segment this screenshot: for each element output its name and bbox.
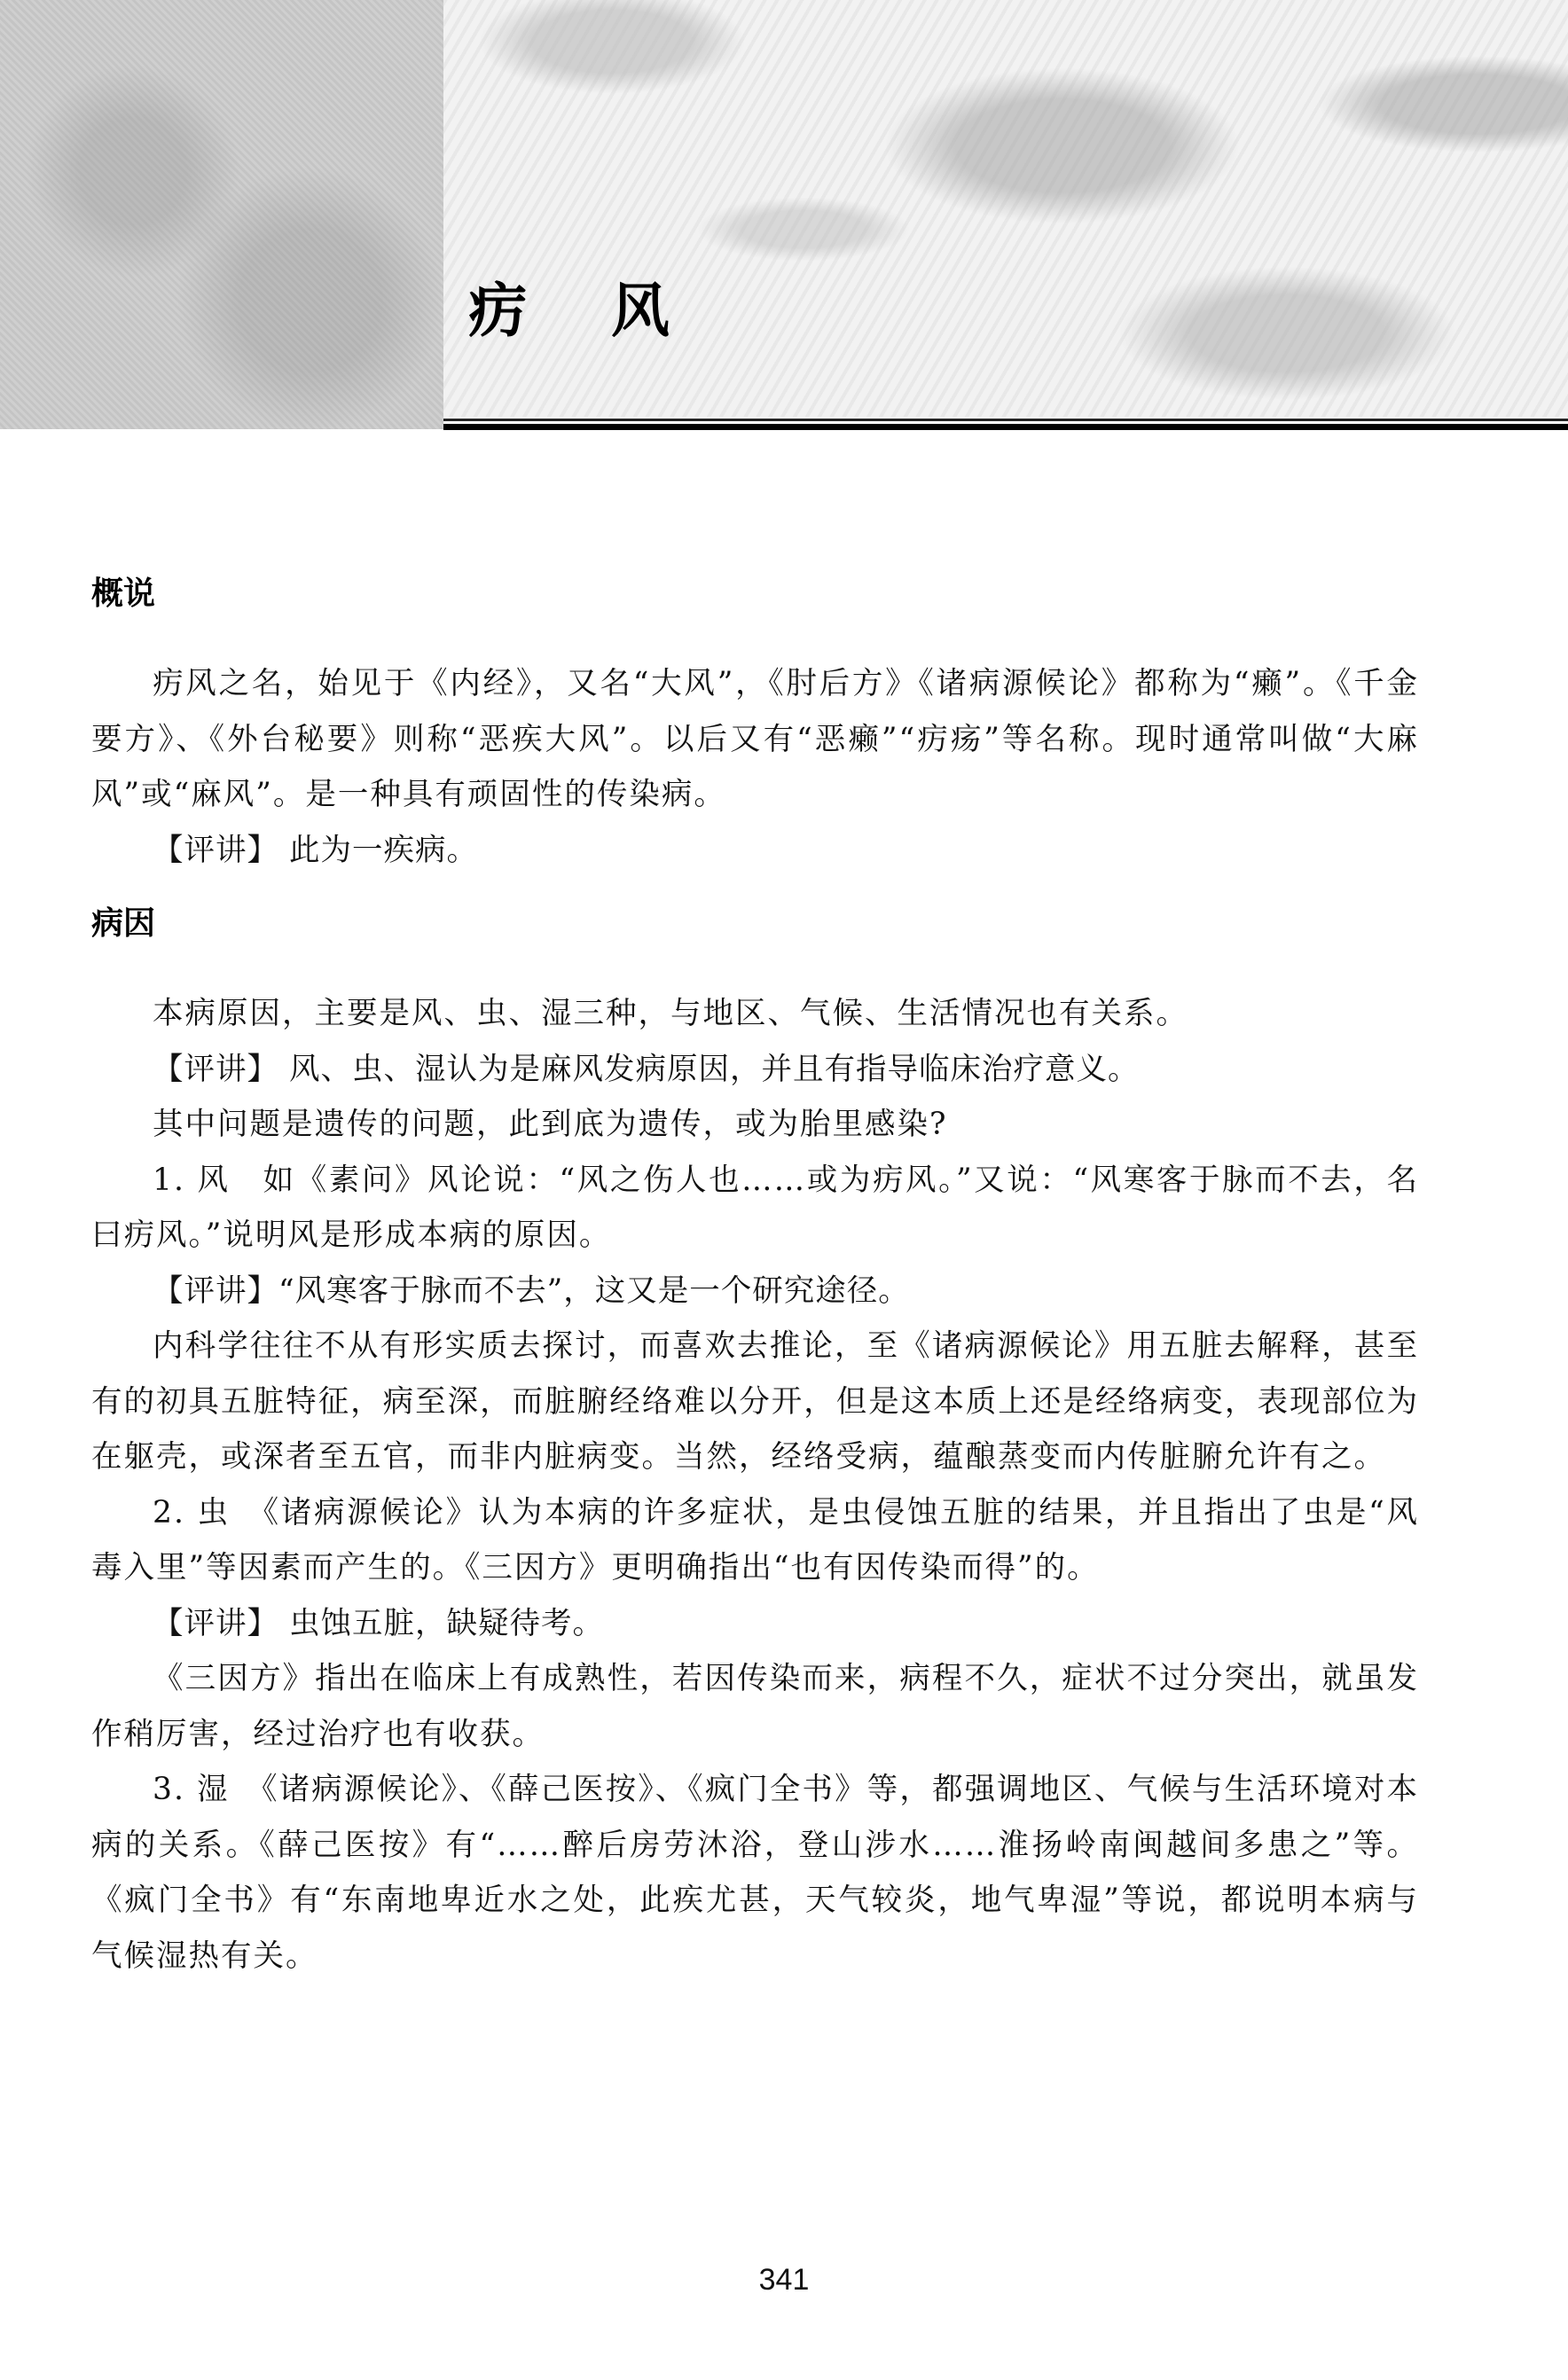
commentary-tag: 【评讲】 [153, 1273, 278, 1309]
commentary-text: 此为一疾病。 [278, 833, 478, 868]
paragraph-worm: 2. 虫 《诸病源候论》认为本病的许多症状，是虫侵蚀五脏的结果，并且指出了虫是“… [91, 1485, 1419, 1596]
header-rule-thick [443, 424, 1568, 430]
commentary-tag: 【评讲】 [153, 1052, 278, 1087]
banner-artwork [443, 0, 1568, 417]
paragraph: 其中问题是遗传的问题，此到底为遗传，或为胎里感染? [91, 1097, 1419, 1153]
page-number: 341 [0, 2263, 1568, 2298]
paragraph-dampness: 3. 湿 《诸病源候论》、《薛己医按》、《疯门全书》等，都强调地区、气候与生活环… [91, 1762, 1419, 1984]
commentary-text: “风寒客于脉而不去”，这又是一个研究途径。 [278, 1273, 910, 1309]
commentary-text: 风、虫、湿认为是麻风发病原因，并且有指导临床治疗意义。 [278, 1052, 1139, 1087]
commentary: 【评讲】 虫蚀五脏，缺疑待考。 [91, 1596, 1419, 1652]
header-rule-thin [443, 419, 1568, 421]
paragraph: 内科学往往不从有形实质去探讨，而喜欢去推论，至《诸病源候论》用五脏去解释，甚至有… [91, 1319, 1419, 1485]
paragraph-wind: 1. 风 如《素问》风论说：“风之伤人也……或为疠风。”又说：“风寒客于脉而不去… [91, 1153, 1419, 1264]
section-etiology: 病因 本病原因，主要是风、虫、湿三种，与地区、气候、生活情况也有关系。 【评讲】… [91, 897, 1419, 1984]
commentary: 【评讲】 此为一疾病。 [91, 823, 1419, 879]
section-overview: 概说 疠风之名，始见于《内经》，又名“大风”，《肘后方》《诸病源候论》都称为“癞… [91, 568, 1419, 878]
chapter-banner: 疠风 [0, 0, 1568, 429]
section-heading-overview: 概说 [91, 568, 1419, 621]
commentary-tag: 【评讲】 [153, 833, 278, 868]
commentary-text: 虫蚀五脏，缺疑待考。 [278, 1606, 604, 1641]
paragraph: 《三因方》指出在临床上有成熟性，若因传染而来，病程不久，症状不过分突出，就虽发作… [91, 1651, 1419, 1762]
section-heading-etiology: 病因 [91, 897, 1419, 951]
commentary: 【评讲】 风、虫、湿认为是麻风发病原因，并且有指导临床治疗意义。 [91, 1042, 1419, 1098]
page-body: 概说 疠风之名，始见于《内经》，又名“大风”，《肘后方》《诸病源候论》都称为“癞… [91, 568, 1419, 1984]
paragraph: 本病原因，主要是风、虫、湿三种，与地区、气候、生活情况也有关系。 [91, 986, 1419, 1042]
commentary: 【评讲】“风寒客于脉而不去”，这又是一个研究途径。 [91, 1264, 1419, 1319]
commentary-tag: 【评讲】 [153, 1606, 278, 1641]
chapter-title: 疠风 [468, 282, 754, 341]
banner-texture-panel [0, 0, 443, 429]
paragraph: 疠风之名，始见于《内经》，又名“大风”，《肘后方》《诸病源候论》都称为“癞”。《… [91, 656, 1419, 823]
